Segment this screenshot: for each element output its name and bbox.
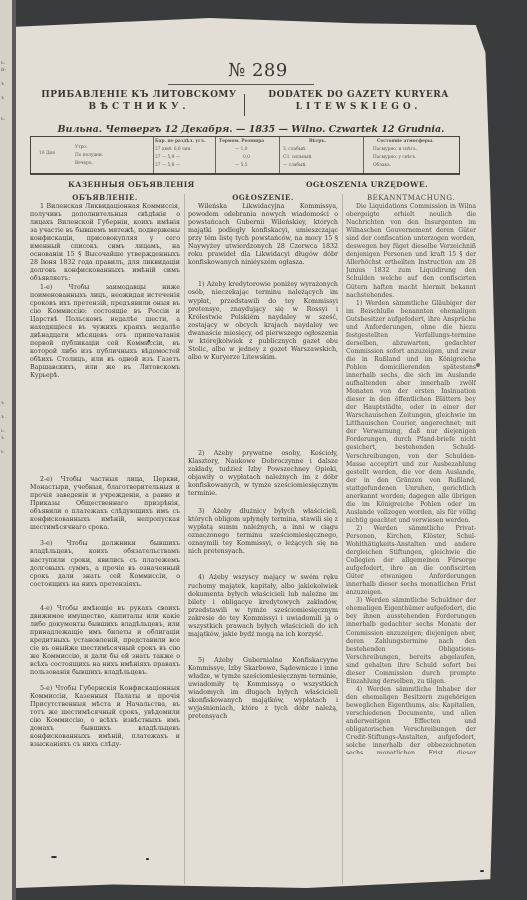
paragraph: 5) Ażeby Gubernialne Konfiskacyyne Kommi… bbox=[188, 657, 338, 721]
ink-spot bbox=[476, 363, 480, 367]
paragraph: 4) Ażeby wszyscy mający w swém ręku ruch… bbox=[188, 574, 338, 638]
ink-spot bbox=[148, 340, 150, 342]
weather-header: Бар. по раздѣл. угл. bbox=[155, 139, 205, 144]
dateline: Вильна. Четвергъ 12 Декабря. — 1835 — Wi… bbox=[46, 124, 456, 135]
column-rule bbox=[184, 194, 185, 884]
weather-wind: — слабый. bbox=[283, 163, 307, 168]
newspaper-page: № 289 ПРИБАВЛЕНІЕ КЪ ЛИТОВСКОМУ ВѢСТНИКУ… bbox=[16, 18, 500, 888]
adjacent-page-edge: ь.й-ъъь. ъъьъь bbox=[0, 0, 12, 900]
masthead-russian: ПРИБАВЛЕНІЕ КЪ ЛИТОВСКОМУ ВѢСТНИКУ. bbox=[34, 90, 244, 112]
weather-col-sky: Состояніе атмосферы. Пасмурно, и снѣгъ. … bbox=[363, 137, 457, 173]
weather-thermometer: — 1,0 bbox=[235, 147, 248, 152]
ink-spot bbox=[480, 870, 484, 872]
column-rule bbox=[342, 194, 343, 884]
issue-number: № 289 bbox=[16, 60, 500, 81]
weather-col-thermometer: Термом. Реомюра — 1,0 0,0 — 5,5 bbox=[215, 137, 280, 173]
masthead-russian-line2: ВѢСТНИКУ. bbox=[34, 102, 244, 112]
ink-spot bbox=[146, 858, 149, 860]
paragraph: 1) Ażeby kredytorowie poniżey wyrażonych… bbox=[188, 281, 338, 361]
masthead-polish: DODATEK DO GAZETY KURYERA LITEWSKIEGO. bbox=[256, 90, 461, 112]
weather-header: Вѣтръ. bbox=[309, 139, 326, 144]
paragraph: 5-е) Чтобы Губернскія Конфискаціонныя Ко… bbox=[30, 685, 180, 749]
ink-spot bbox=[51, 856, 57, 858]
weather-col-barometer: Бар. по раздѣл. угл. 27 дюй. 6,6 лин. 27… bbox=[153, 137, 216, 173]
weather-thermometer: — 5,5 bbox=[235, 163, 248, 168]
masthead-polish-line2: LITEWSKIEGO. bbox=[256, 102, 461, 112]
weather-sky: Пасмурно, и снѣгъ. bbox=[373, 147, 417, 152]
weather-barometer: 27 дюй. 6,6 лин. bbox=[155, 147, 192, 152]
issue-rule bbox=[168, 84, 314, 85]
paragraph: 1-е) Чтобы заимодавцы ниже поименованных… bbox=[30, 284, 180, 381]
paragraph: 2) Ażeby prywatne osoby, Kościoły, Klasz… bbox=[188, 450, 338, 498]
paragraph: Die Liquidations Commission in Wilna obe… bbox=[346, 203, 476, 300]
weather-day-label: 10 Дня bbox=[39, 151, 55, 156]
paragraph: 4) Werden sämmtliche Inhaber der den ehe… bbox=[346, 686, 476, 754]
column-german: BEKANNTMACHUNG. Die Liquidations Commiss… bbox=[346, 194, 476, 754]
paragraph: Wileńska Likwidacyjna Kommissya, powodem… bbox=[188, 203, 338, 267]
adjacent-page-text: ь.й-ъъь. bbox=[1, 60, 11, 200]
paragraph: 1) Werden sämmtliche Gläubiger der im Be… bbox=[346, 300, 476, 525]
weather-table: 10 Дня Утро. По полудни. Вечеръ. Бар. по… bbox=[30, 136, 460, 175]
column-russian: ОБЪЯВЛЕНІЕ. 1 Виленская Ликвидаціонная К… bbox=[30, 194, 180, 884]
column-polish: OGŁOSZENIE. Wileńska Likwidacyjna Kommis… bbox=[188, 194, 338, 884]
weather-time: Вечеръ. bbox=[75, 161, 93, 166]
paragraph: 4-е) Чтобы имѣющіе въ рукахъ своихъ движ… bbox=[30, 605, 180, 677]
weather-barometer: 27 — 5,8 — bbox=[155, 163, 180, 168]
column-heading: BEKANNTMACHUNG. bbox=[346, 194, 476, 202]
section-title-russian: КАЗЕННЫЯ ОБЪЯВЛЕНІЯ bbox=[68, 180, 195, 189]
paragraph: 3-е) Чтобы должники бывшихъ владѣльцевъ,… bbox=[30, 540, 180, 588]
paragraph: 3) Werden sämmtliche Schuldner der ehema… bbox=[346, 597, 476, 686]
masthead-divider bbox=[244, 94, 245, 116]
paragraph: 2-е) Чтобы частныя лица, Церкви, Монасты… bbox=[30, 476, 180, 532]
adjacent-page-text: ъъьъь bbox=[1, 400, 11, 600]
masthead-russian-line1: ПРИБАВЛЕНІЕ КЪ ЛИТОВСКОМУ bbox=[34, 90, 244, 100]
paragraph: 2) Werden sämmtliche Privat-Personen, Ki… bbox=[346, 525, 476, 597]
weather-header: Состояніе атмосферы. bbox=[377, 139, 434, 144]
paragraph: 3) Ażeby dłużnicy byłych właścicieli, kt… bbox=[188, 508, 338, 556]
weather-thermometer: 0,0 bbox=[243, 155, 250, 160]
paragraph: 1 Виленская Ликвидаціонная Коммиссія, по… bbox=[30, 203, 180, 283]
column-heading: OGŁOSZENIE. bbox=[188, 194, 338, 202]
weather-time: Утро. bbox=[75, 145, 87, 150]
weather-wind: СЗ. сильный. bbox=[283, 155, 313, 160]
weather-col-wind: Вѣтръ. З. слабый. СЗ. сильный. — слабый. bbox=[279, 137, 364, 173]
book-spine bbox=[12, 0, 16, 900]
section-title-polish: OGŁOSZENIA URZĘDOWE. bbox=[306, 180, 428, 189]
masthead-polish-line1: DODATEK DO GAZETY KURYERA bbox=[256, 90, 461, 100]
weather-barometer: 27 — 5,9 — bbox=[155, 155, 180, 160]
weather-sky: Пасмурно, у снѣгъ. bbox=[373, 155, 417, 160]
weather-header: Термом. Реомюра bbox=[219, 139, 264, 144]
weather-col-time: 10 Дня Утро. По полудни. Вечеръ. bbox=[31, 137, 154, 173]
column-heading: ОБЪЯВЛЕНІЕ. bbox=[30, 194, 180, 202]
weather-sky: Облака. bbox=[373, 163, 391, 168]
weather-wind: З. слабый. bbox=[283, 147, 306, 152]
weather-time: По полудни. bbox=[75, 153, 103, 158]
